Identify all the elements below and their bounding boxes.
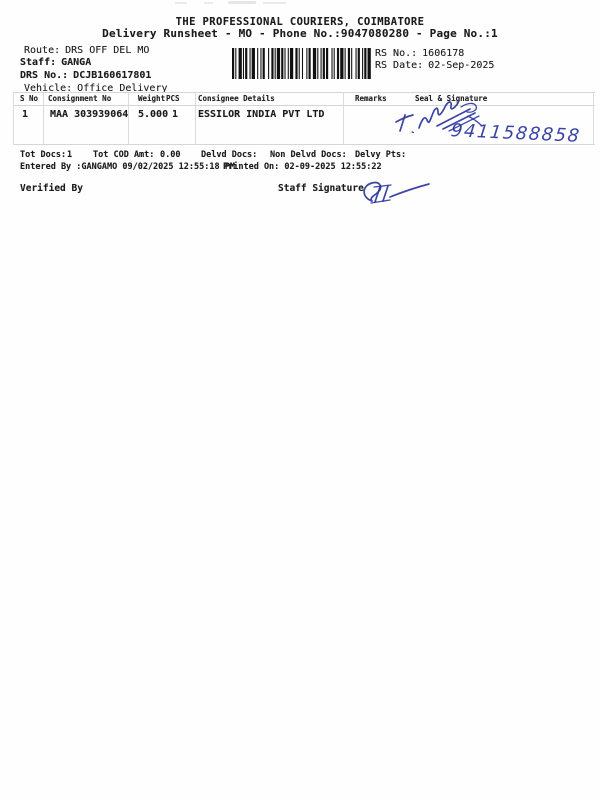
row-consignee: ESSILOR INDIA PVT LTD <box>198 109 324 121</box>
rs-barcode-icon <box>232 48 373 79</box>
col-header-pcs: PCS <box>166 95 180 104</box>
col-header-consignee-details: Consignee Details <box>198 95 275 104</box>
col-header-seal-signature: Seal & Signature <box>415 95 487 104</box>
staff-line: Staff:GANGA <box>20 57 91 69</box>
entered-by-line: Entered By :GANGAMO 09/02/2025 12:55:18 … <box>20 163 235 173</box>
row-weight: 5.000 <box>138 109 168 121</box>
col-header-s-no: S No <box>20 95 38 104</box>
table-vline <box>43 92 44 144</box>
rs-no-label: RS No.: <box>375 48 417 59</box>
row-s-no: 1 <box>22 109 28 121</box>
table-vline <box>13 92 14 144</box>
staff-label: Staff: <box>20 57 56 68</box>
tot-docs-label: Tot Docs: <box>20 151 66 161</box>
rs-no-line: RS No.:1606178 <box>375 48 464 60</box>
tot-docs-value: 1 <box>67 151 72 161</box>
non-delvd-docs-label: Non Delvd Docs: <box>270 151 347 161</box>
rs-no-value: 1606178 <box>422 48 464 59</box>
verified-by-label: Verified By <box>20 184 83 195</box>
rs-date-value: 02-Sep-2025 <box>428 60 494 71</box>
scan-artifact <box>204 2 213 4</box>
staff-value: GANGA <box>61 57 91 68</box>
delvd-docs-label: Delvd Docs: <box>201 151 257 161</box>
drs-no-value: DCJB160617801 <box>73 70 151 81</box>
scan-artifact <box>263 2 286 4</box>
scan-artifact <box>175 2 187 4</box>
tot-cod-amt-value: 0.00 <box>160 151 180 161</box>
drs-no-label: DRS No.: <box>20 70 68 81</box>
route-line: Route:DRS OFF DEL MO <box>24 45 149 57</box>
delivery-runsheet-document: THE PROFESSIONAL COURIERS, COIMBATORE De… <box>0 0 600 800</box>
row-consignment-no: MAA 303939064 <box>50 109 128 121</box>
staff-signature-label: Staff Signature <box>278 184 364 195</box>
table-border-top <box>13 92 595 93</box>
table-border-bottom <box>13 144 595 145</box>
doc-subtitle: Delivery Runsheet - MO - Phone No.:90470… <box>0 28 600 41</box>
scan-artifact <box>228 1 256 4</box>
col-header-remarks: Remarks <box>355 95 387 104</box>
delvy-pts-label: Delvy Pts: <box>355 151 406 161</box>
table-vline <box>195 92 196 144</box>
col-header-consignment-no: Consignment No <box>48 95 111 104</box>
route-label: Route: <box>24 45 60 56</box>
handwritten-phone-number: 9411588858 <box>450 120 582 147</box>
table-header-divider <box>13 105 595 106</box>
printed-on-line: Printed On: 02-09-2025 12:55:22 <box>223 163 382 173</box>
row-pcs: 1 <box>172 109 178 121</box>
table-vline <box>343 92 344 144</box>
col-header-weight: Weight <box>138 95 165 104</box>
table-vline <box>593 92 594 144</box>
tot-cod-amt-label: Tot COD Amt: <box>93 151 154 161</box>
rs-date-label: RS Date: <box>375 60 423 71</box>
route-value: DRS OFF DEL MO <box>65 45 149 56</box>
staff-signature-scribble <box>364 183 429 203</box>
drs-no-line: DRS No.:DCJB160617801 <box>20 70 151 82</box>
rs-date-line: RS Date:02-Sep-2025 <box>375 60 494 72</box>
